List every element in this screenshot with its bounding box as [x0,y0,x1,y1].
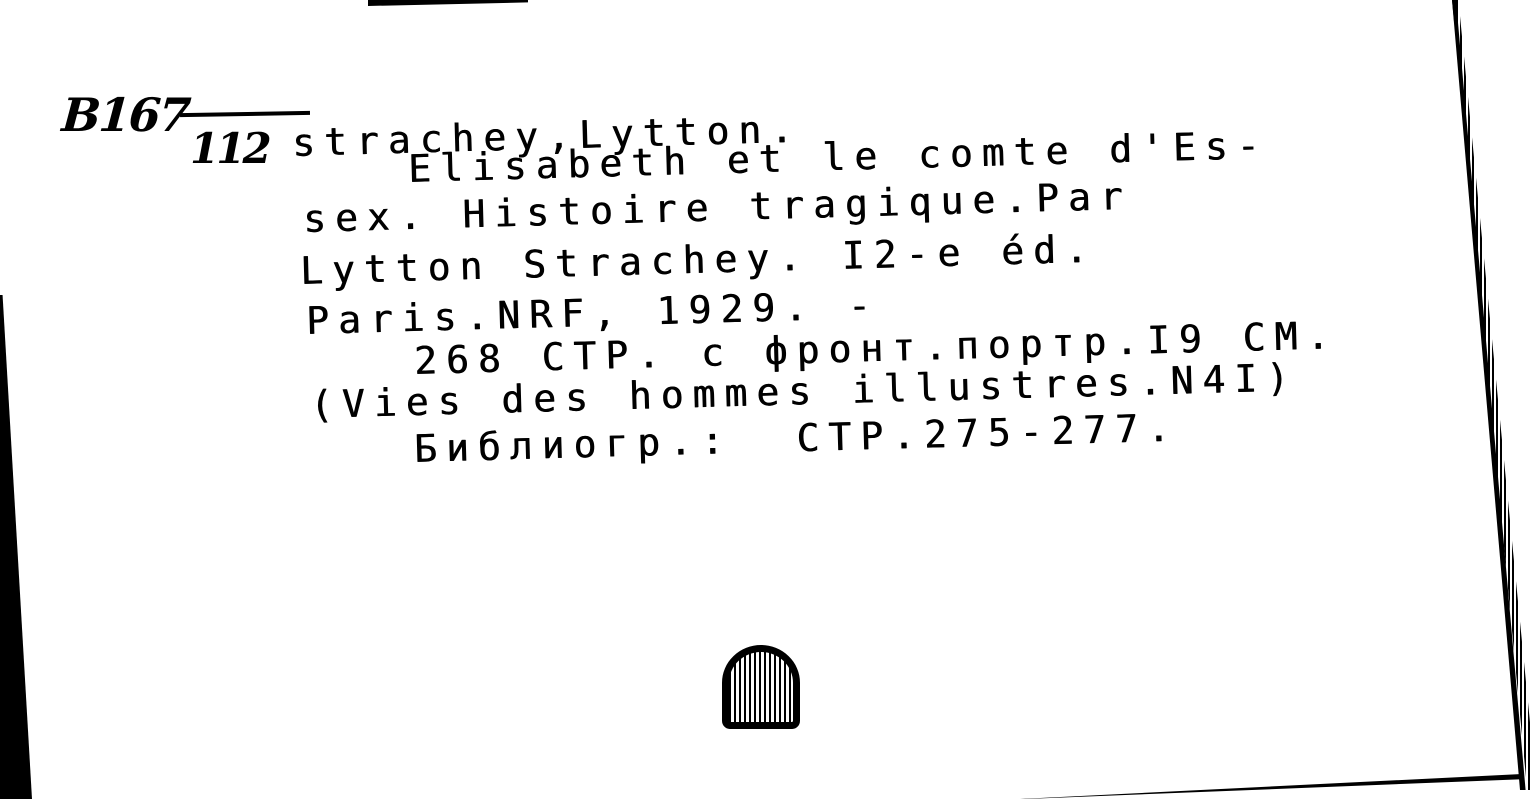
scan-edge-bottom [1000,774,1522,799]
scan-edge-left [0,295,32,799]
call-number-main: B167 [60,92,190,138]
scan-edge-top [368,0,528,6]
call-number: B167 112 [62,92,189,138]
card-punch-hole [722,645,800,729]
call-number-divider [180,111,310,117]
call-number-sub: 112 [190,128,269,170]
catalog-card: B167 112 strachey,Lytton. Elisabeth et l… [0,0,1530,799]
card-line-edition: Lytton Strachey. I2-e éd. [299,230,1097,290]
